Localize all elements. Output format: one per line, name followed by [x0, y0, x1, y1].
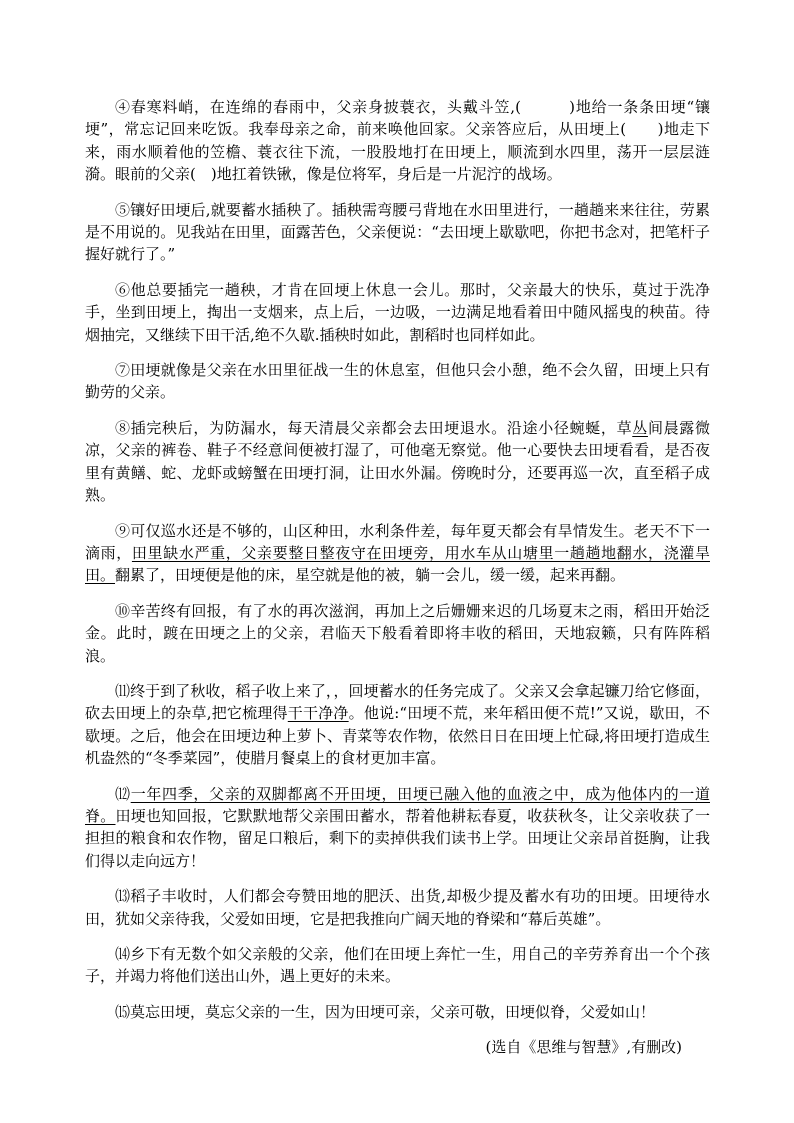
underlined-text: 丛 — [632, 419, 648, 437]
text-run: ⑿ — [115, 785, 131, 803]
text-run: ⑤镶好田埂后,就要蓄水插秧了。插秧需弯腰弓背地在水田里进行，一趟趟来来往往，劳累… — [85, 201, 710, 264]
paragraph-12: ⑿一年四季，父亲的双脚都离不开田埂，田埂已融入他的血液之中，成为他体内的一道脊。… — [85, 783, 710, 873]
paragraph-8: ⑧插完秧后，为防漏水，每天清晨父亲都会去田埂退水。沿途小径蜿蜒，草丛间晨露微凉，… — [85, 417, 710, 507]
source-attribution: (选自《思维与智慧》,有删改) — [85, 1036, 710, 1058]
paragraph-15: ⒂莫忘田埂，莫忘父亲的一生，因为田埂可亲，父亲可敬，田埂似脊，父爱如山！ — [85, 1001, 710, 1023]
paragraph-14: ⒁乡下有无数个如父亲般的父亲，他们在田埂上奔忙一生，用自己的辛劳养育出一个个孩子… — [85, 943, 710, 988]
text-run: 翻累了，田埂便是他的床，星空就是他的被，躺一会儿，缓一缓，起来再翻。 — [115, 566, 625, 584]
paragraph-10: ⑩辛苦终有回报，有了水的再次滋润，再加上之后姗姗来迟的几场夏末之雨，稻田开始泛金… — [85, 600, 710, 667]
text-run: ⑥他总要插完一趟秧，才肯在回埂上休息一会儿。那时，父亲最大的快乐，莫过于洗净手，… — [85, 281, 710, 344]
paragraph-7: ⑦田埂就像是父亲在水田里征战一生的休息室，但他只会小憩，绝不会久留，田埂上只有勤… — [85, 359, 710, 404]
text-run: ⑦田埂就像是父亲在水田里征战一生的休息室，但他只会小憩，绝不会久留，田埂上只有勤… — [85, 361, 710, 401]
paragraph-11: ⑾终于到了秋收，稻子收上来了，，回埂蓄水的任务完成了。父亲又会拿起镰刀给它修面，… — [85, 680, 710, 770]
paragraph-4: ④春寒料峭，在连绵的春雨中，父亲身披蓑衣，头戴斗笠,( )地给一条条田埂“镶埂”… — [85, 96, 710, 186]
text-run: 田埂也知回报，它默默地帮父亲围田蓄水，帮着他耕耘春夏，收获秋冬，让父亲收获了一担… — [85, 807, 710, 870]
text-run: ⑧插完秧后，为防漏水，每天清晨父亲都会去田埂退水。沿途小径蜿蜒，草 — [115, 419, 632, 437]
text-run: ⒁乡下有无数个如父亲般的父亲，他们在田埂上奔忙一生，用自己的辛劳养育出一个个孩子… — [85, 945, 710, 985]
document-page: ④春寒料峭，在连绵的春雨中，父亲身披蓑衣，头戴斗笠,( )地给一条条田埂“镶埂”… — [0, 0, 794, 1123]
text-run: ⒀稻子丰收时，人们都会夸赞田地的肥沃、出货,却极少提及蓄水有功的田埂。田埂待水田… — [85, 887, 710, 927]
text-run: ④春寒料峭，在连绵的春雨中，父亲身披蓑衣，头戴斗笠,( )地给一条条田埂“镶埂”… — [85, 98, 710, 183]
paragraph-13: ⒀稻子丰收时，人们都会夸赞田地的肥沃、出货,却极少提及蓄水有功的田埂。田埂待水田… — [85, 885, 710, 930]
reading-passage: ④春寒料峭，在连绵的春雨中，父亲身披蓑衣，头戴斗笠,( )地给一条条田埂“镶埂”… — [85, 96, 710, 1023]
text-run: ⒂莫忘田埂，莫忘父亲的一生，因为田埂可亲，父亲可敬，田埂似脊，父爱如山！ — [115, 1003, 655, 1021]
paragraph-6: ⑥他总要插完一趟秧，才肯在回埂上休息一会儿。那时，父亲最大的快乐，莫过于洗净手，… — [85, 279, 710, 346]
paragraph-5: ⑤镶好田埂后,就要蓄水插秧了。插秧需弯腰弓背地在水田里进行，一趟趟来来往往，劳累… — [85, 199, 710, 266]
underlined-text: 干干净净 — [288, 704, 349, 722]
paragraph-9: ⑨可仅巡水还是不够的，山区种田，水利条件差，每年夏天都会有旱情发生。老天不下一滴… — [85, 520, 710, 587]
text-run: ⑩辛苦终有回报，有了水的再次滋润，再加上之后姗姗来迟的几场夏末之雨，稻田开始泛金… — [85, 602, 710, 665]
